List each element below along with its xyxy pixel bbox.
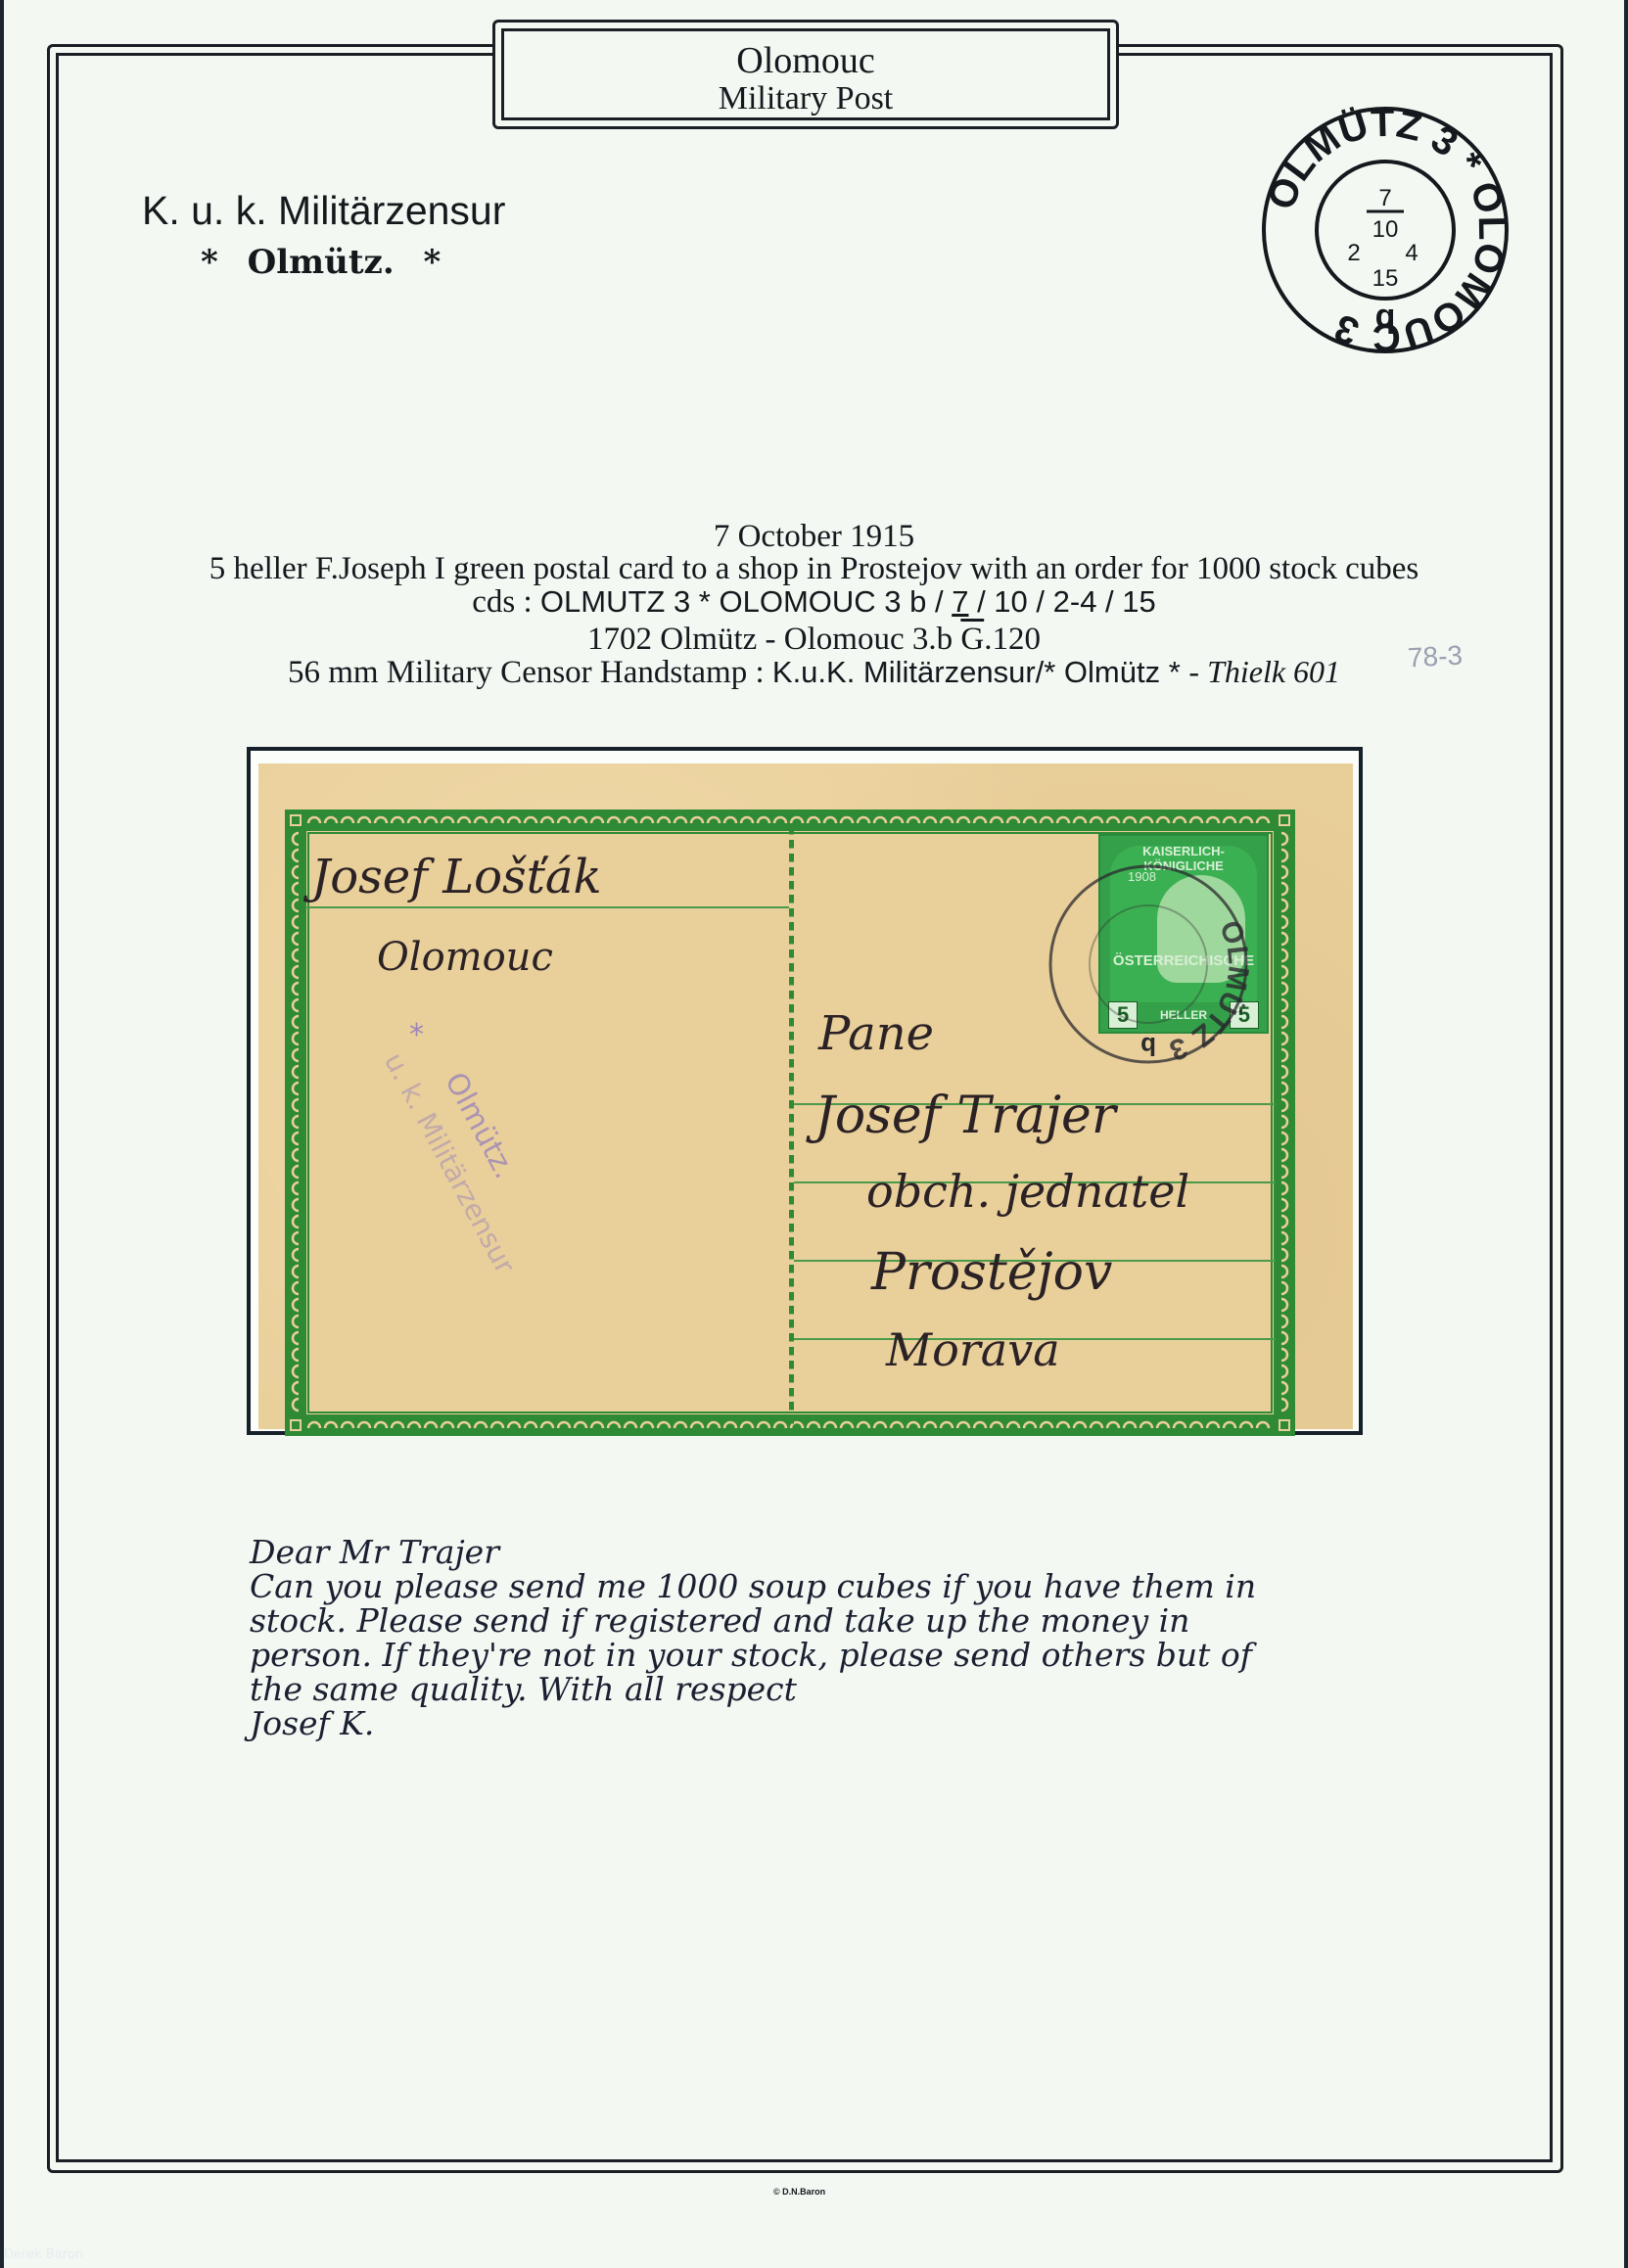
- censor-star: *: [409, 1018, 424, 1052]
- page-title-box: Olomouc Military Post: [492, 20, 1119, 129]
- postmark-illustration: OLMÜTZ 3 * OLOMOUC 3 b 7 10 2 4 15: [1259, 104, 1512, 356]
- svg-text:2: 2: [1347, 240, 1360, 266]
- svg-text:b: b: [1375, 301, 1396, 339]
- svg-text:7: 7: [1378, 185, 1391, 211]
- transcription: Dear Mr Trajer Can you please send me 10…: [250, 1535, 1256, 1740]
- card-postmark: OLMÜTZ 3 b: [1046, 861, 1251, 1067]
- svg-text:10: 10: [1372, 216, 1399, 243]
- description-catalogue: 1702 Olmütz - Olomouc 3.b G.120: [59, 624, 1569, 656]
- description-cds: cds : OLMUTZ 3 * OLOMOUC 3 b / 7 / 10 / …: [59, 585, 1569, 624]
- description-date: 7 October 1915: [59, 521, 1569, 553]
- description-block: 7 October 1915 5 heller F.Joseph I green…: [59, 521, 1569, 694]
- description-item: 5 heller F.Joseph I green postal card to…: [59, 553, 1569, 585]
- watermark: Derek Baron: [4, 2247, 83, 2262]
- address-line-5: Morava: [886, 1323, 1060, 1376]
- transcription-line: the same quality. With all respect: [250, 1672, 1256, 1706]
- page-edge-left: [0, 0, 4, 2268]
- description-censor: 56 mm Military Censor Handstamp : K.u.K.…: [59, 656, 1569, 694]
- censor-mark-line2: * Olmütz. *: [201, 243, 441, 282]
- censor-mark-line1: K. u. k. Militärzensur: [142, 188, 505, 234]
- address-line-3: obch. jednatel: [866, 1165, 1189, 1218]
- card-line: [305, 906, 789, 908]
- sender-name: Josef Lošťák: [311, 850, 602, 904]
- svg-text:15: 15: [1372, 265, 1399, 292]
- sender-town: Olomouc: [377, 935, 553, 980]
- svg-text:OLMÜTZ 3: OLMÜTZ 3: [1165, 916, 1251, 1066]
- transcription-line: Dear Mr Trajer: [250, 1535, 1256, 1569]
- address-line-4: Prostějov: [871, 1243, 1112, 1302]
- address-line-1: Pane: [818, 1006, 934, 1061]
- transcription-line: person. If they're not in your stock, pl…: [250, 1638, 1256, 1672]
- svg-text:4: 4: [1405, 240, 1418, 266]
- transcription-line: Can you please send me 1000 soup cubes i…: [250, 1569, 1256, 1603]
- transcription-line: stock. Please send if registered and tak…: [250, 1603, 1256, 1638]
- pencil-note: 78-3: [1407, 640, 1464, 674]
- page-edge-right: [1624, 0, 1628, 2268]
- copyright: © D.N.Baron: [773, 2187, 825, 2197]
- svg-text:b: b: [1140, 1032, 1156, 1061]
- page-subtitle: Military Post: [504, 80, 1107, 117]
- address-line-2: Josef Trajer: [814, 1087, 1116, 1145]
- page-title: Olomouc: [504, 41, 1107, 80]
- transcription-line: Josef K.: [250, 1706, 1256, 1740]
- card-divider: [789, 826, 794, 1425]
